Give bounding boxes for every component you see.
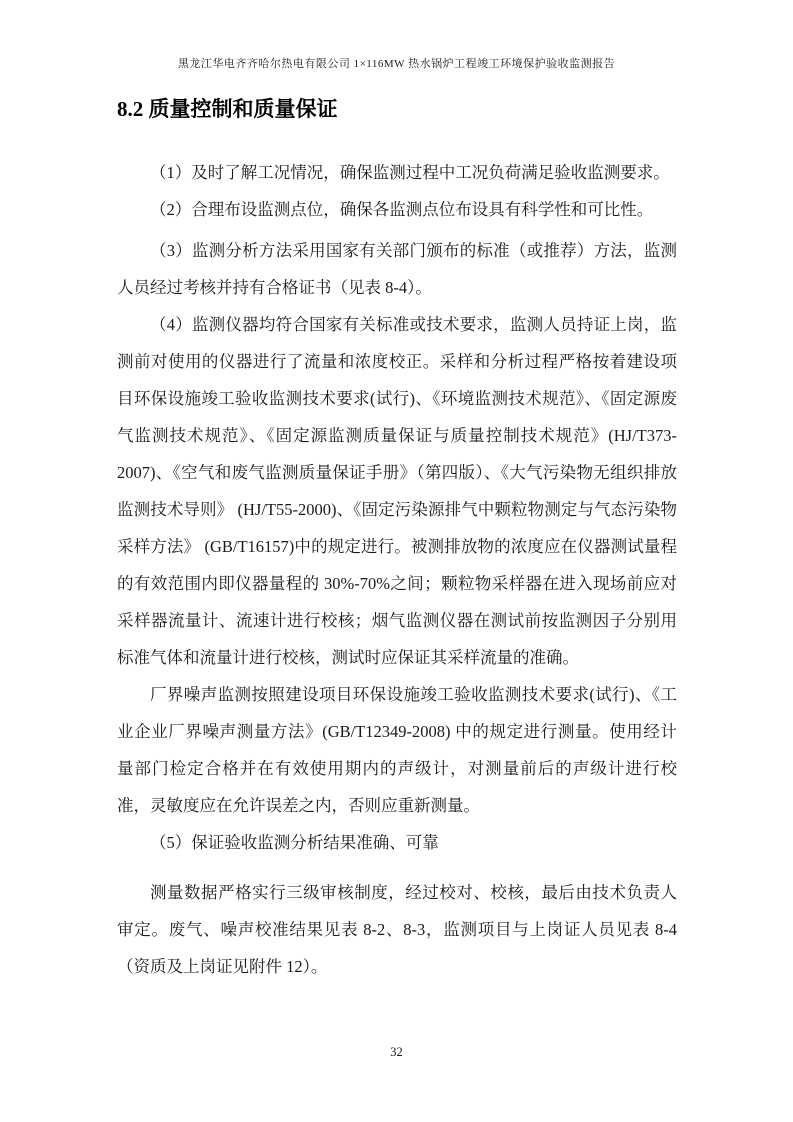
paragraph-item-3: （3）监测分析方法采用国家有关部门颁布的标准（或推荐）方法，监测人员经过考核并持… [117,232,677,306]
paragraph-noise-monitoring: 厂界噪声监测按照建设项目环保设施竣工验收监测技术要求(试行)、《工业企业厂界噪声… [117,676,677,824]
paragraph-item-2: （2）合理布设监测点位，确保各监测点位布设具有科学性和可比性。 [117,191,677,228]
paragraph-data-review: 测量数据严格实行三级审核制度，经过校对、校核，最后由技术负责人审定。废气、噪声校… [117,874,677,985]
paragraph-item-1: （1）及时了解工况情况，确保监测过程中工况负荷满足验收监测要求。 [117,154,677,191]
paragraph-item-4: （4）监测仪器均符合国家有关标准或技术要求，监测人员持证上岗，监测前对使用的仪器… [117,306,677,676]
page-number: 32 [0,1045,793,1060]
document-page: 黑龙江华电齐齐哈尔热电有限公司 1×116MW 热水锅炉工程竣工环境保护验收监测… [0,0,793,1122]
page-content: 8.2 质量控制和质量保证 （1）及时了解工况情况，确保监测过程中工况负荷满足验… [117,94,677,985]
running-header: 黑龙江华电齐齐哈尔热电有限公司 1×116MW 热水锅炉工程竣工环境保护验收监测… [0,55,793,71]
paragraph-item-5: （5）保证验收监测分析结果准确、可靠 [117,824,677,861]
section-heading: 8.2 质量控制和质量保证 [117,94,677,125]
